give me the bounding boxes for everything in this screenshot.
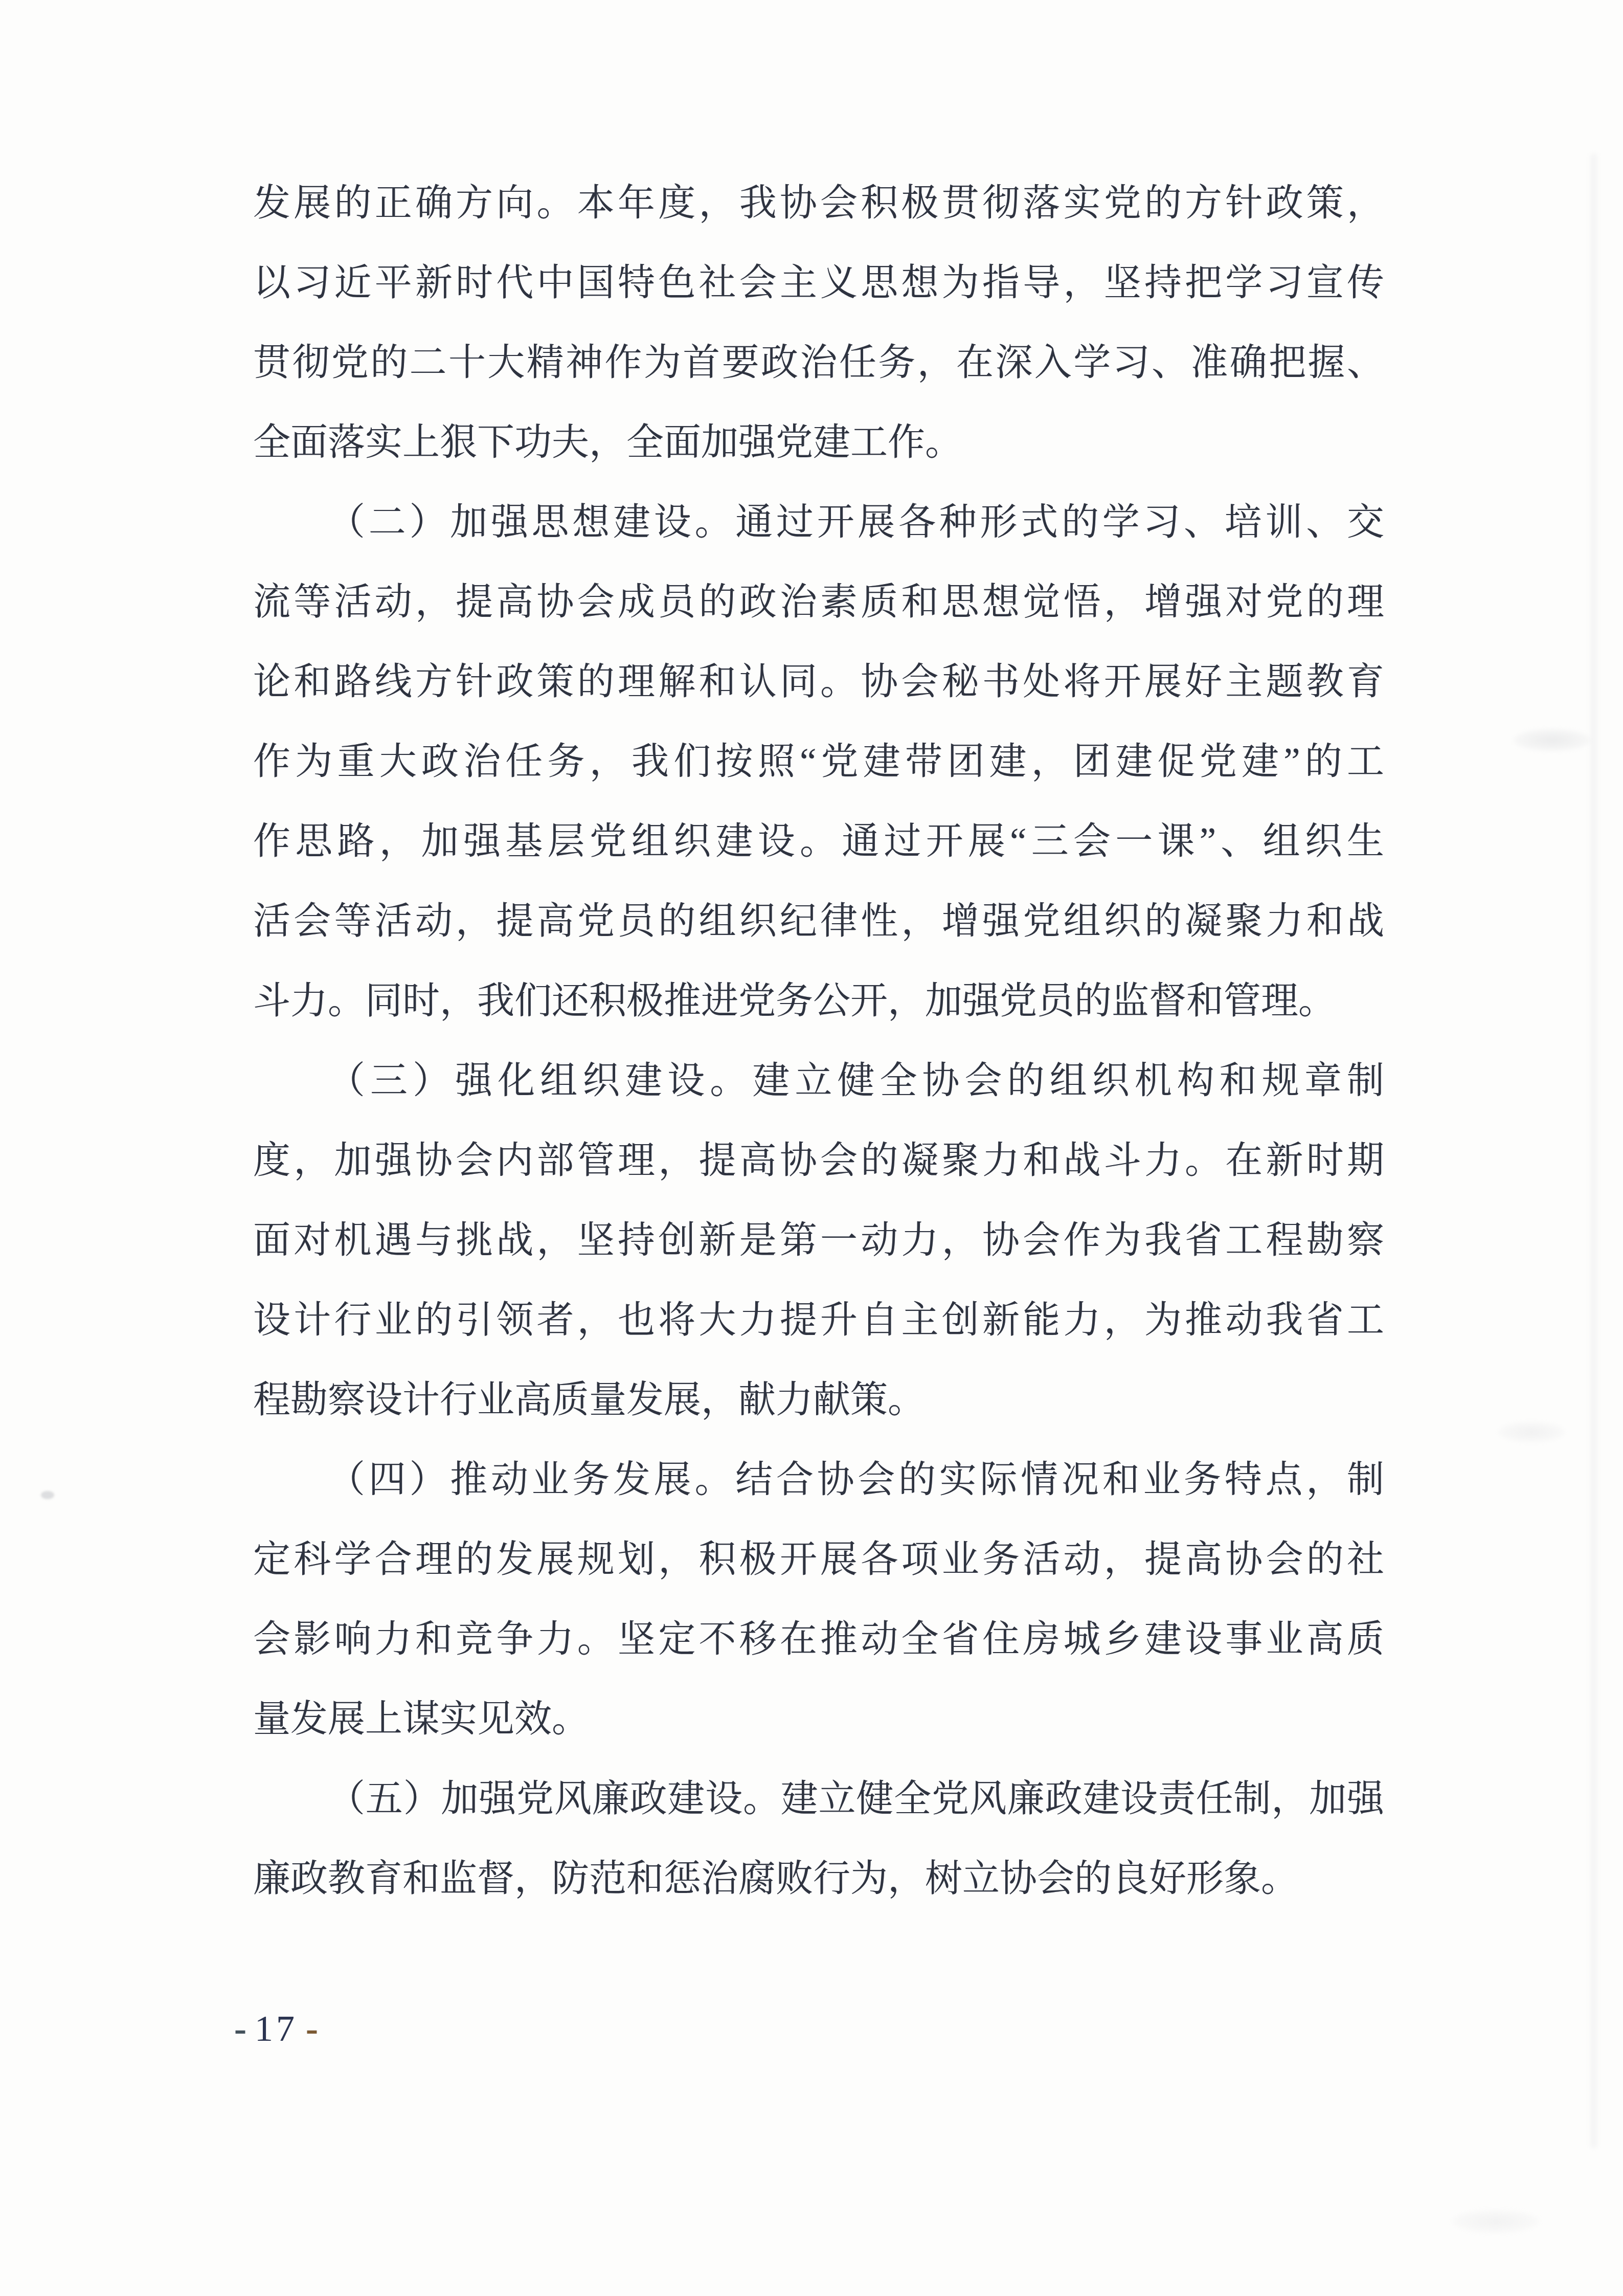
text-line: （四）推动业务发展。结合协会的实际情况和业务特点，制 bbox=[253, 1440, 1384, 1520]
scan-smudge bbox=[41, 1491, 54, 1499]
text-line: （三）强化组织建设。建立健全协会的组织机构和规章制 bbox=[253, 1041, 1384, 1121]
text-line: 作思路，加强基层党组织建设。通过开展“三会一课”、组织生 bbox=[253, 801, 1384, 881]
page-number-dash-right: - bbox=[306, 2008, 318, 2049]
text-line: 面对机遇与挑战，坚持创新是第一动力，协会作为我省工程勘察 bbox=[253, 1200, 1384, 1280]
text-line: 程勘察设计行业高质量发展，献力献策。 bbox=[253, 1360, 1384, 1440]
page-number: -17- bbox=[234, 1998, 318, 2059]
scan-smudge bbox=[1452, 2210, 1539, 2233]
text-line: 量发展上谋实见效。 bbox=[253, 1679, 1384, 1759]
paragraph: （五）加强党风廉政建设。建立健全党风廉政建设责任制，加强廉政教育和监督，防范和惩… bbox=[253, 1759, 1384, 1919]
text-line: （五）加强党风廉政建设。建立健全党风廉政建设责任制，加强 bbox=[253, 1759, 1384, 1839]
paragraph: （四）推动业务发展。结合协会的实际情况和业务特点，制定科学合理的发展规划，积极开… bbox=[253, 1440, 1384, 1759]
scan-smudge bbox=[1514, 729, 1590, 751]
text-line: 设计行业的引领者，也将大力提升自主创新能力，为推动我省工 bbox=[253, 1280, 1384, 1360]
text-line: 斗力。同时，我们还积极推进党务公开，加强党员的监督和管理。 bbox=[253, 961, 1384, 1041]
scan-smudge bbox=[1498, 1422, 1565, 1442]
page-number-dash-left: - bbox=[234, 2008, 246, 2049]
text-line: 会影响力和竞争力。坚定不移在推动全省住房城乡建设事业高质 bbox=[253, 1599, 1384, 1679]
text-line: 发展的正确方向。本年度，我协会积极贯彻落实党的方针政策， bbox=[253, 163, 1384, 243]
text-line: 以习近平新时代中国特色社会主义思想为指导，坚持把学习宣传 bbox=[253, 243, 1384, 323]
text-line: 作为重大政治任务，我们按照“党建带团建，团建促党建”的工 bbox=[253, 722, 1384, 801]
scan-smudge bbox=[1590, 153, 1597, 2148]
document-page: 发展的正确方向。本年度，我协会积极贯彻落实党的方针政策，以习近平新时代中国特色社… bbox=[0, 0, 1623, 2296]
text-line: 廉政教育和监督，防范和惩治腐败行为，树立协会的良好形象。 bbox=[253, 1839, 1384, 1919]
body-text: 发展的正确方向。本年度，我协会积极贯彻落实党的方针政策，以习近平新时代中国特色社… bbox=[253, 163, 1384, 1919]
paragraph: （三）强化组织建设。建立健全协会的组织机构和规章制度，加强协会内部管理，提高协会… bbox=[253, 1041, 1384, 1440]
text-line: 论和路线方针政策的理解和认同。协会秘书处将开展好主题教育 bbox=[253, 642, 1384, 722]
paragraph: （二）加强思想建设。通过开展各种形式的学习、培训、交流等活动，提高协会成员的政治… bbox=[253, 482, 1384, 1041]
text-line: 全面落实上狠下功夫，全面加强党建工作。 bbox=[253, 403, 1384, 482]
text-line: 定科学合理的发展规划，积极开展各项业务活动，提高协会的社 bbox=[253, 1520, 1384, 1599]
text-line: 贯彻党的二十大精神作为首要政治任务，在深入学习、准确把握、 bbox=[253, 323, 1384, 403]
text-line: （二）加强思想建设。通过开展各种形式的学习、培训、交 bbox=[253, 482, 1384, 562]
page-number-value: 17 bbox=[255, 2008, 298, 2049]
text-line: 活会等活动，提高党员的组织纪律性，增强党组织的凝聚力和战 bbox=[253, 881, 1384, 961]
text-line: 度，加强协会内部管理，提高协会的凝聚力和战斗力。在新时期 bbox=[253, 1121, 1384, 1200]
text-line: 流等活动，提高协会成员的政治素质和思想觉悟，增强对党的理 bbox=[253, 562, 1384, 642]
paragraph: 发展的正确方向。本年度，我协会积极贯彻落实党的方针政策，以习近平新时代中国特色社… bbox=[253, 163, 1384, 482]
